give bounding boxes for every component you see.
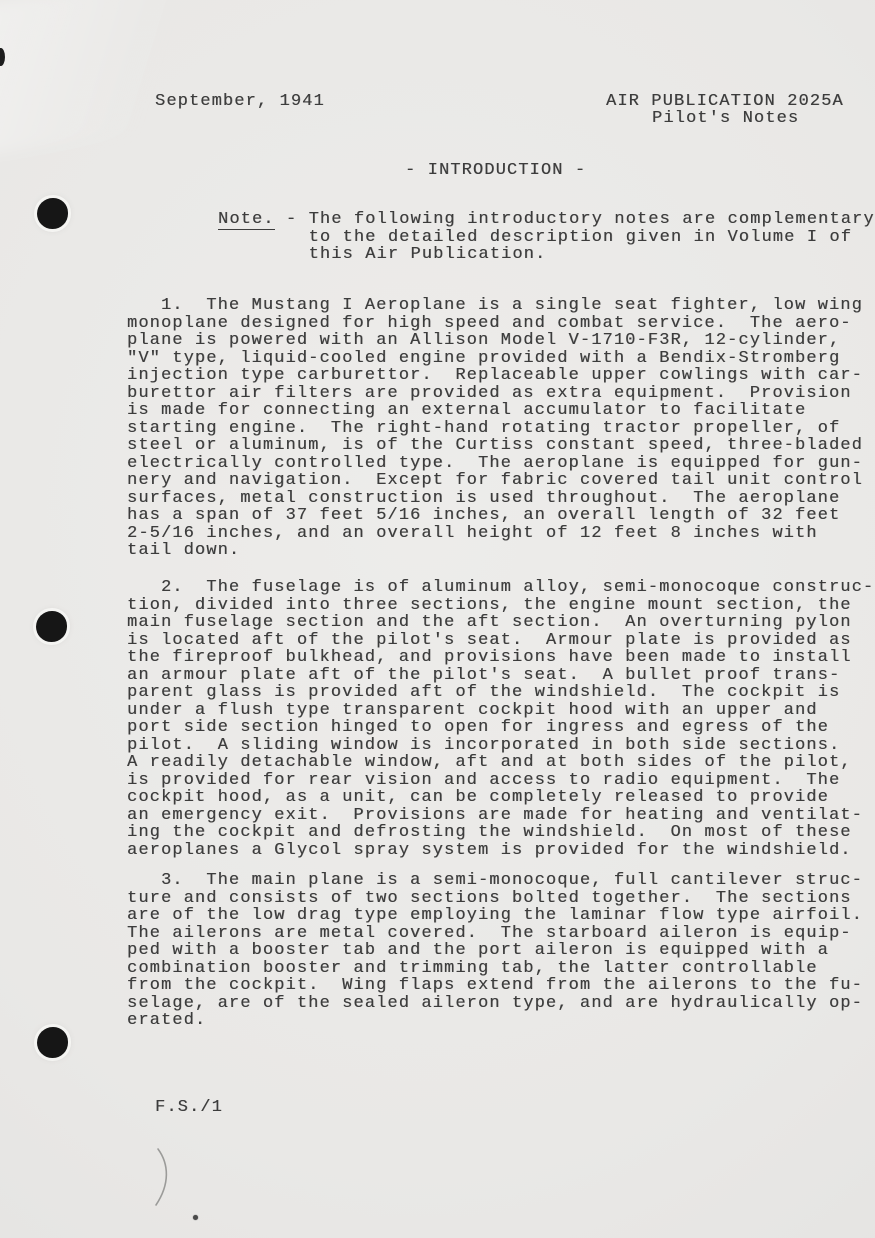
header-publication-subtitle: Pilot's Notes — [652, 110, 799, 128]
note-block: Note. - The following introductory notes… — [218, 211, 875, 264]
punch-hole-icon — [37, 198, 68, 229]
paragraph-3: 3. The main plane is a semi-monocoque, f… — [127, 872, 863, 1030]
paper-edge-mark-icon — [0, 48, 5, 66]
pen-mark-icon — [150, 1146, 184, 1213]
section-title: - INTRODUCTION - — [405, 162, 586, 180]
paragraph-1: 1. The Mustang I Aeroplane is a single s… — [127, 297, 863, 560]
header-date: September, 1941 — [155, 93, 325, 111]
punch-hole-icon — [36, 611, 67, 642]
paper-wrinkle — [0, 0, 299, 158]
ink-dot-icon — [193, 1215, 198, 1220]
header-publication: AIR PUBLICATION 2025A — [606, 93, 844, 111]
footer-reference: F.S./1 — [155, 1099, 223, 1117]
scanned-document-page: September, 1941 AIR PUBLICATION 2025A Pi… — [0, 0, 875, 1238]
punch-hole-icon — [37, 1027, 68, 1058]
note-body: - The following introductory notes are c… — [218, 210, 875, 264]
paragraph-2: 2. The fuselage is of aluminum alloy, se… — [127, 579, 874, 859]
